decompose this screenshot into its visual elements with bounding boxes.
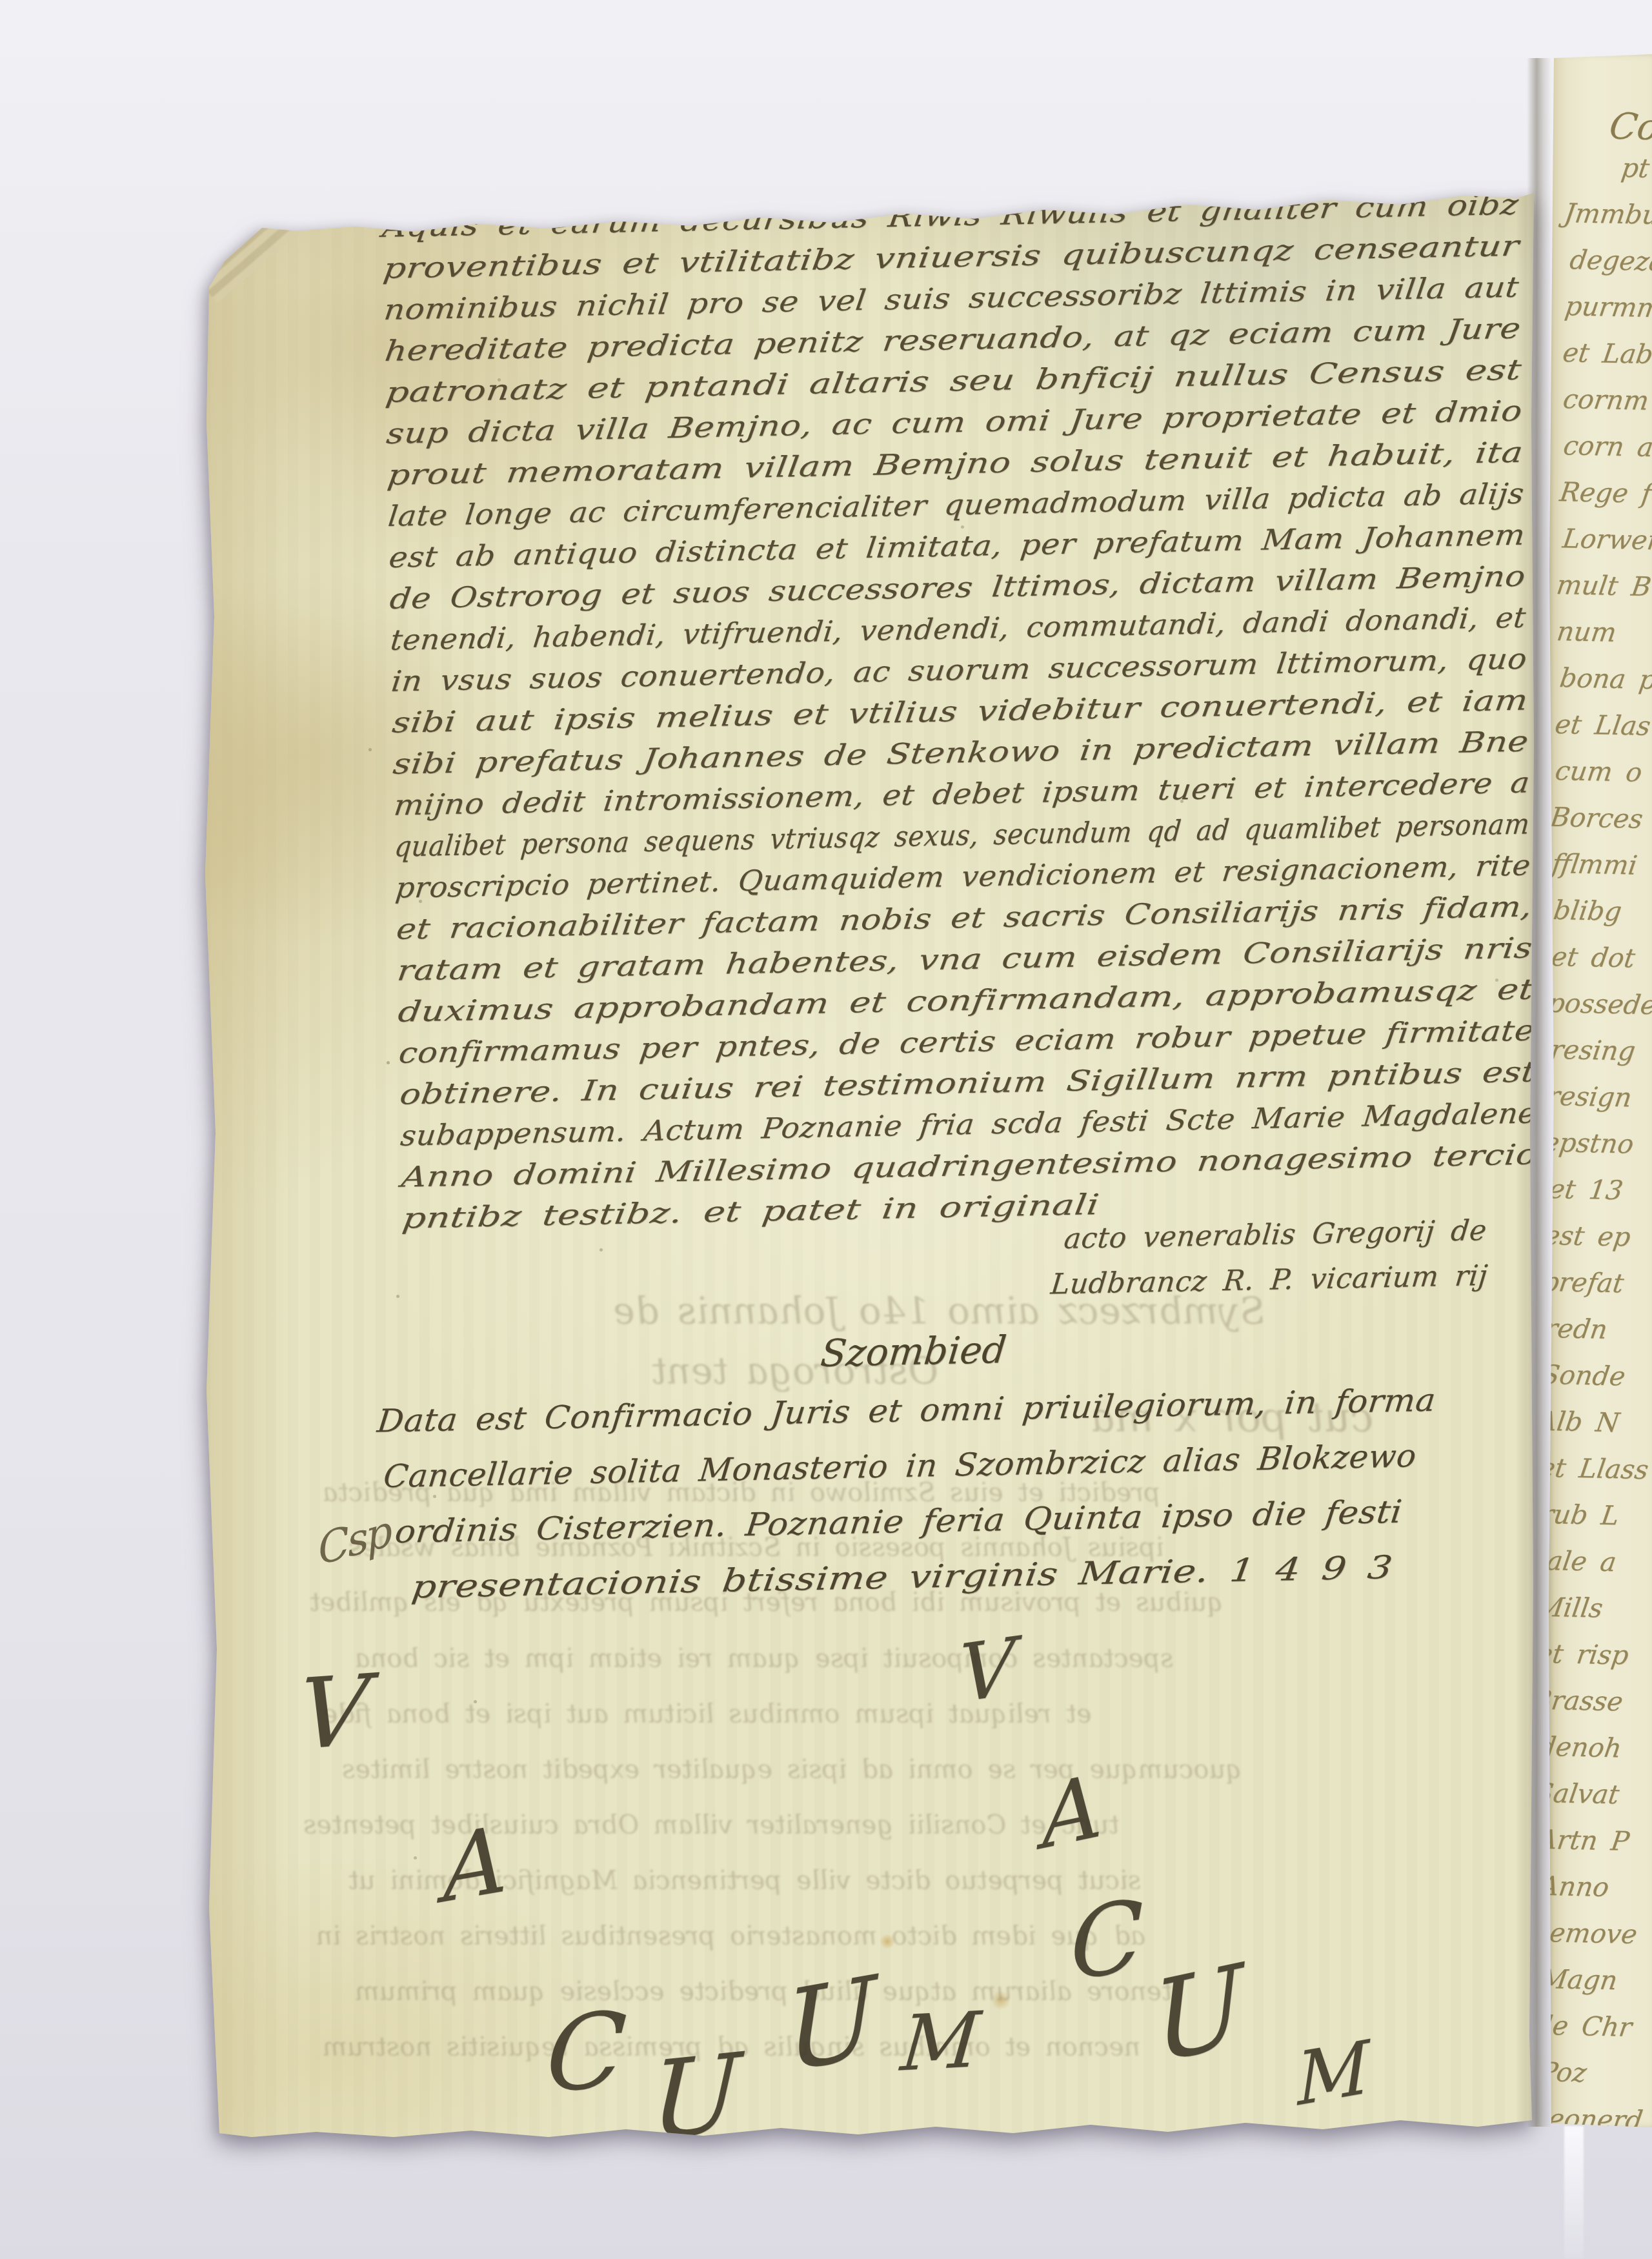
facing-page-line-text: Lorwen [1560, 523, 1652, 556]
facing-page-line: et Llas [1548, 709, 1652, 758]
ink-speckles [200, 165, 202, 167]
facing-page-line-text: Sonde [1539, 1359, 1627, 1392]
facing-page-line-text: num [1555, 616, 1618, 648]
facing-page-line-text: possede [1546, 988, 1652, 1020]
facing-page-line-text: resign [1545, 1080, 1634, 1113]
pen-trial-letter: M [1296, 2025, 1372, 2122]
facing-page-line-text: cum o [1553, 755, 1644, 788]
pen-trial-letter: U [1150, 1940, 1249, 2088]
facing-page-line-text: redn [1543, 1313, 1609, 1345]
facing-page-line: cum o [1547, 755, 1652, 805]
facing-page-line-text: Borces [1548, 802, 1645, 835]
facing-page-line-text: cornm [1561, 383, 1651, 416]
manuscript-page: 1↑1 Symbrzecz aimo 14o Johannis deOstror… [200, 165, 1534, 2138]
facing-page-line-text: et Llass [1537, 1452, 1651, 1485]
facing-page-line-text: rub L [1539, 1499, 1621, 1531]
facing-page-line: et Lab [1556, 337, 1652, 387]
facing-page-line-text: Rege fe [1558, 476, 1652, 509]
section-heading: Szombied [769, 1326, 1058, 1376]
facing-page-line: resing [1541, 1034, 1652, 1084]
facing-page-line-text: Artn P [1536, 1824, 1631, 1857]
pen-trial-letter: C [1071, 1879, 1144, 2003]
manuscript-page-wrap: 1↑1 Symbrzecz aimo 14o Johannis deOstror… [200, 165, 1534, 2138]
facing-page-line: cornm [1555, 383, 1652, 433]
confirmation-note: Data est Confirmacio Juris et omni priui… [376, 1381, 1477, 1625]
facing-page-line: Borces [1546, 802, 1652, 851]
scan-background: 1↑1 Symbrzecz aimo 14o Johannis deOstror… [0, 0, 1652, 2259]
pen-trial-letter: U [784, 1952, 880, 2097]
facing-page-line: Sonde [1535, 1359, 1652, 1409]
pen-trial-letter: C [543, 1989, 630, 2116]
pen-trial-letter: V [959, 1621, 1015, 1721]
main-text-block: Aquis et earum decursibus Riwis Riwulis … [381, 188, 1537, 1244]
pen-trial-letter: A [1037, 1756, 1104, 1869]
glass-reflection-sliver [1564, 2126, 1584, 2259]
facing-page-line: blibg [1544, 895, 1652, 944]
facing-page-line: est ep [1537, 1220, 1652, 1270]
facing-page-line-text: Jmmbuic [1562, 198, 1652, 231]
facing-page-line: et 13 [1538, 1173, 1652, 1223]
facing-page-line: Lorwen [1552, 523, 1652, 572]
bleed-line: tenore aliarum atque aliud predicte eccl… [354, 1977, 1174, 2007]
foliation-pencil-mark: 1↑1 [225, 176, 303, 216]
facing-page-line-text: et Llas [1553, 709, 1652, 742]
facing-page-line: Jmmbuic [1558, 198, 1652, 247]
facing-page-line-text: epstno [1542, 1127, 1636, 1160]
facing-page-line: Alb N [1533, 1406, 1652, 1455]
facing-page-line-text: purmm [1563, 290, 1652, 323]
facing-page-line-text: Con [1607, 106, 1652, 149]
facing-page-line: epstno [1539, 1127, 1652, 1177]
facing-page-line: et dot [1543, 941, 1652, 991]
facing-page-line-text: blibg [1551, 895, 1624, 927]
facing-page-line-text: fflmmi [1550, 848, 1639, 881]
corner-repair-patch [178, 152, 339, 303]
facing-page-line-text: est ep [1542, 1220, 1633, 1253]
facing-page-line-text: mult B [1555, 569, 1652, 602]
facing-page-line: et Llass [1533, 1452, 1652, 1502]
pen-trial-letter: U [649, 2030, 743, 2164]
pen-trial-letter: M [898, 1994, 983, 2088]
facing-page-line: resign [1540, 1080, 1652, 1130]
facing-page-line-text: pt [1620, 152, 1652, 184]
attestation-block: acto venerablis Gregorij deLudbrancz R. … [905, 1214, 1487, 1316]
facing-page-line: pt [1560, 151, 1652, 201]
gutter-shadow [1527, 58, 1551, 2127]
facing-page-line: mult B [1551, 569, 1652, 619]
facing-page-line: num [1550, 616, 1652, 665]
facing-page-line: purmm [1556, 290, 1652, 340]
facing-page-line-text: degeza [1568, 244, 1652, 277]
facing-page-line-text: et 13 [1547, 1173, 1625, 1206]
facing-page-line: fflmmi [1545, 848, 1652, 898]
facing-page-line: degeza [1558, 244, 1652, 294]
facing-page-line-text: corn a [1561, 430, 1652, 463]
facing-page-edge: ConptJmmbuicdegezapurmmet Labcornmcorn a… [1547, 54, 1652, 2127]
facing-page-line-text: et risp [1535, 1638, 1631, 1671]
facing-page-line: bona p [1549, 662, 1652, 712]
facing-page-line: Con [1560, 105, 1652, 154]
facing-page-line: Rege fe [1553, 476, 1652, 526]
facing-page-line-text: resing [1549, 1034, 1638, 1067]
facing-page-line-text: et Lab [1561, 337, 1652, 370]
facing-page-line: possede [1542, 988, 1652, 1037]
pen-trial-letter: A [441, 1807, 509, 1924]
bleed-line: tunc et Consilii generaliter villam Obra… [302, 1810, 1121, 1840]
facing-page-line-text: denoh [1536, 1731, 1624, 1764]
facing-page-line-text: prefat [1540, 1266, 1626, 1299]
facing-page-line: corn a [1554, 430, 1652, 480]
facing-page-line: prefat [1536, 1266, 1652, 1316]
facing-page-line: redn [1535, 1313, 1652, 1362]
bleed-line: ad que idem dicto monasterio presentibus… [315, 1921, 1147, 1951]
facing-page-line-text: bona p [1558, 662, 1652, 695]
bleed-line: spectantes composuit ipse quam rei etiam… [354, 1644, 1175, 1674]
pen-trial-letter: V [295, 1654, 372, 1772]
facing-page-line-text: et dot [1549, 941, 1637, 974]
bleed-line: quocumque per se omni ad ipsis equaliter… [341, 1755, 1244, 1785]
